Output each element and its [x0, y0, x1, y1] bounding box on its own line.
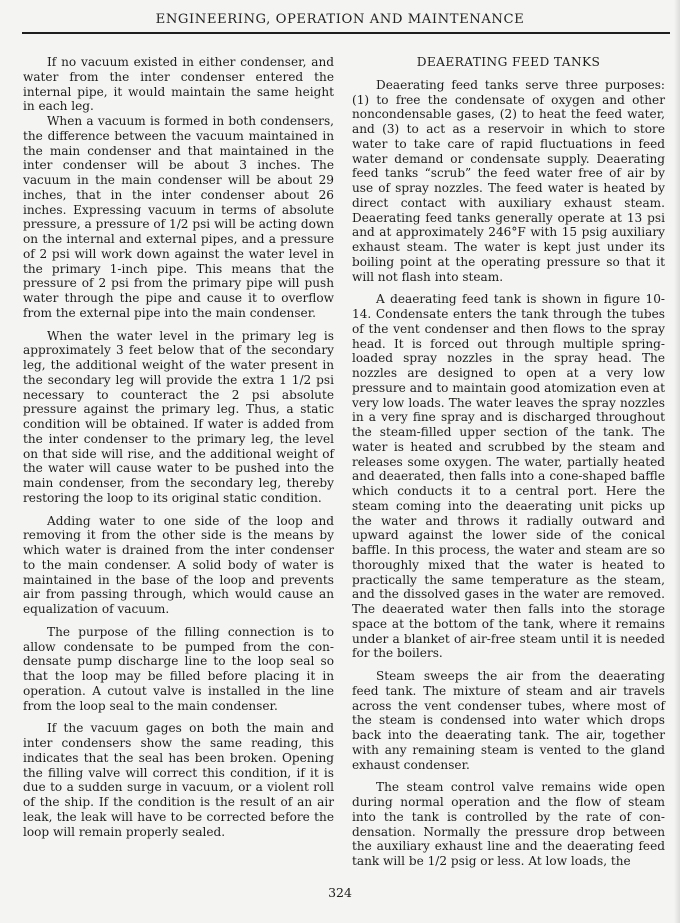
- paragraph: Deaerating feed tanks serve three purpos…: [352, 78, 665, 285]
- paragraph: If the vacuum gages on both the main and…: [23, 721, 334, 839]
- paragraph: When the water level in the primary leg …: [23, 329, 334, 506]
- left-column: If no vacuum existed in either condenser…: [23, 55, 334, 839]
- header-rule: [22, 32, 670, 34]
- paragraph: The purpose of the filling connection is…: [23, 625, 334, 714]
- page-number: 324: [0, 885, 680, 900]
- paragraph: The steam control valve remains wide ope…: [352, 780, 665, 869]
- paragraph: A deaerating feed tank is shown in figur…: [352, 292, 665, 661]
- paragraph: If no vacuum existed in either condenser…: [23, 55, 334, 114]
- paragraph: Steam sweeps the air from the deaerating…: [352, 669, 665, 772]
- section-title: DEAERATING FEED TANKS: [352, 55, 665, 70]
- paragraph: When a vacuum is formed in both condense…: [23, 114, 334, 321]
- right-column: DEAERATING FEED TANKS Deaerating feed ta…: [352, 55, 665, 869]
- page-edge-shadow: [674, 0, 680, 923]
- running-header: ENGINEERING, OPERATION AND MAINTENANCE: [0, 12, 680, 27]
- paragraph: Adding water to one side of the loop and…: [23, 514, 334, 617]
